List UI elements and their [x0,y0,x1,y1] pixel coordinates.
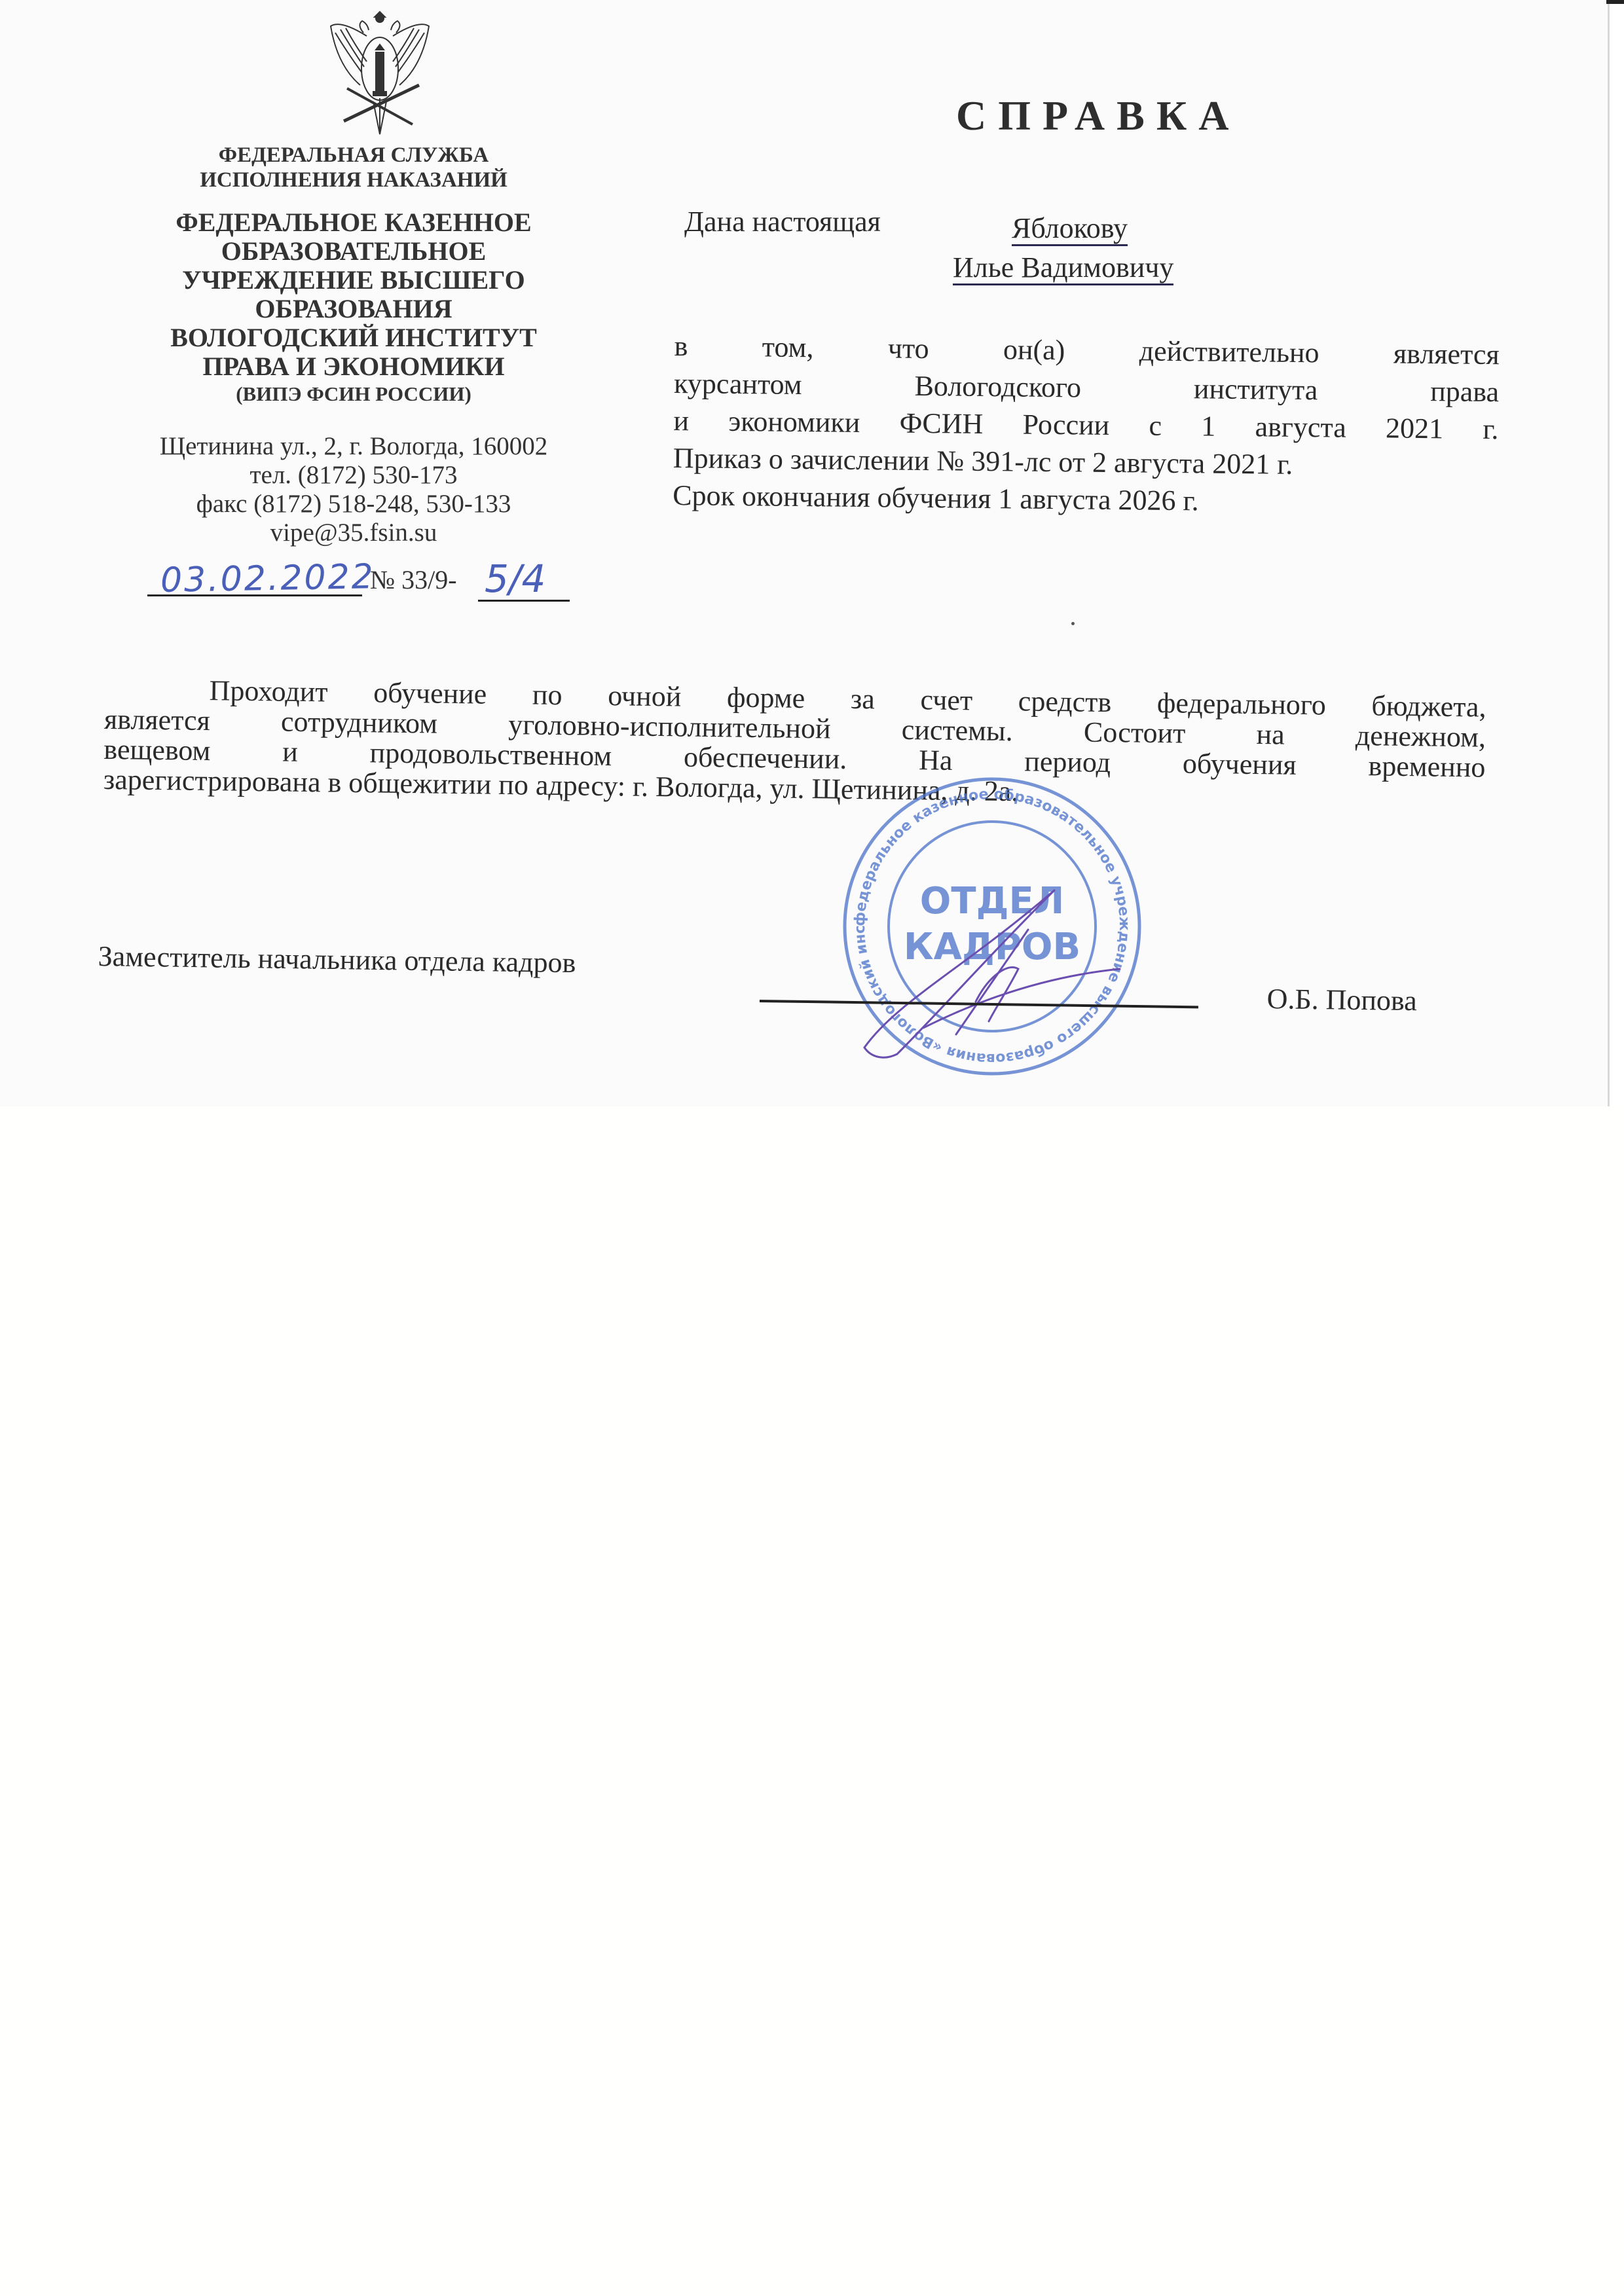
recipient-name: Илье Вадимовичу [953,252,1173,285]
number-underline [478,600,570,602]
org-line: УЧРЕЖДЕНИЕ ВЫСШЕГО [118,266,589,295]
org-line: ОБРАЗОВАТЕЛЬНОЕ [118,237,589,266]
recipient-surname: Яблокову [1012,213,1128,246]
confirmation-text: в том, что он(а) действительно является … [673,327,1500,522]
org-line: ФЕДЕРАЛЬНОЕ КАЗЕННОЕ [118,208,589,237]
org-fax: факс (8172) 518-248, 530-133 [118,490,589,519]
registration-number-prefix: № 33/9- [370,564,457,595]
scan-corner-mark [1606,0,1624,4]
scan-speck [1071,622,1075,625]
org-email: vipe@35.fsin.su [118,519,589,547]
signer-name: О.Б. Попова [1266,982,1417,1017]
date-underline [147,594,362,596]
handwritten-signature-icon [858,871,1133,1067]
org-line: ПРАВА И ЭКОНОМИКИ [118,352,589,381]
service-name-line2: ИСПОЛНЕНИЯ НАКАЗАНИЙ [118,168,589,192]
double-headed-eagle-emblem-icon [327,7,432,137]
handwritten-date: 03.02.2022 [160,557,376,600]
org-line: ОБРАЗОВАНИЯ [118,295,589,323]
service-name: ФЕДЕРАЛЬНАЯ СЛУЖБА ИСПОЛНЕНИЯ НАКАЗАНИЙ [118,143,589,192]
organization-name: ФЕДЕРАЛЬНОЕ КАЗЕННОЕ ОБРАЗОВАТЕЛЬНОЕ УЧР… [118,208,589,407]
blank-lower-page [0,1106,1624,2296]
registration-line: 03.02.2022 № 33/9- 5/4 [144,556,563,609]
body-paragraph: Проходит обучение по очной форме за счет… [103,674,1486,813]
given-label: Дана настоящая [684,205,881,238]
handwritten-number-suffix: 5/4 [485,556,545,601]
org-phone: тел. (8172) 530-173 [118,461,589,490]
org-address: Щетинина ул., 2, г. Вологда, 160002 [118,432,589,461]
service-name-line1: ФЕДЕРАЛЬНАЯ СЛУЖБА [118,143,589,168]
org-abbreviation: (ВИПЭ ФСИН РОССИИ) [118,381,589,407]
org-line: ВОЛОГОДСКИЙ ИНСТИТУТ [118,323,589,352]
document-title: СПРАВКА [956,92,1240,140]
organization-contacts: Щетинина ул., 2, г. Вологда, 160002 тел.… [118,432,589,547]
signer-title: Заместитель начальника отдела кадров [98,939,576,979]
